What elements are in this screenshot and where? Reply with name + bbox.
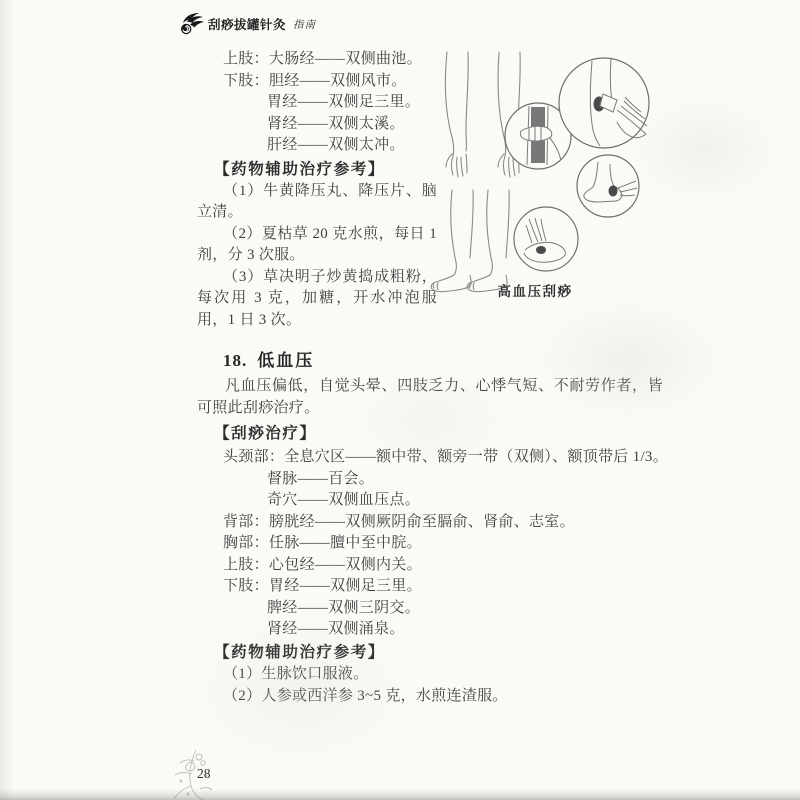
meridian-line: 下肢：胆经——双侧风市。 [223, 71, 437, 93]
section-title: 低血压 [257, 351, 314, 370]
medication-item: （1）生脉饮口服液。 [197, 664, 508, 686]
meridian-line: 胸部：任脉——膻中至中脘。 [223, 533, 668, 555]
meridian-line: 背部：膀胱经——双侧厥阴俞至膈俞、肾俞、志室。 [223, 512, 668, 534]
arms-line-art [445, 52, 520, 177]
meridian-line: 上肢：心包经——双侧内关。 [223, 555, 668, 577]
detail-circle-ankle [577, 155, 639, 217]
scraping-illustration [425, 42, 665, 306]
section-intro: 凡血压偏低，自觉头晕、四肢乏力、心悸气短、不耐劳作者，皆可照此刮痧治疗。 [197, 375, 663, 419]
book-page: 刮痧拔罐针灸 指南 上肢：大肠经——双侧曲池。 下肢：胆经——双侧风市。 胃经—… [0, 0, 800, 800]
medication-item: （2）人参或西洋参 3~5 克，水煎连渣服。 [197, 686, 508, 708]
scraping-heading: 【刮痧治疗】 [214, 423, 317, 445]
section-heading: 18.低血压 [223, 346, 314, 371]
page-header: 刮痧拔罐针灸 指南 [178, 10, 316, 38]
figure-caption: 高血压刮痧 [435, 280, 635, 300]
meridian-line: 上肢：大肠经——双侧曲池。 [223, 49, 437, 71]
medication-item: （1）牛黄降压丸、降压片、脑立清。 [197, 181, 437, 224]
legs-line-art [431, 190, 509, 292]
meridian-line: 肾经——双侧太溪。 [267, 114, 437, 136]
section-number: 18. [223, 351, 247, 370]
hypertension-scraping-list: 上肢：大肠经——双侧曲池。 下肢：胆经——双侧风市。 胃经——双侧足三里。 肾经… [197, 49, 437, 331]
hypotension-scraping-list: 头颈部：全息穴区——额中带、额旁一带（双侧）、额顶带后 1/3。 督脉——百会。… [197, 447, 668, 641]
meridian-line: 胃经——双侧足三里。 [267, 92, 437, 114]
meridian-line: 头颈部：全息穴区——额中带、额旁一带（双侧）、额顶带后 1/3。 [223, 447, 668, 469]
meridian-line: 督脉——百会。 [267, 469, 668, 491]
medication-heading: 【药物辅助治疗参考】 [214, 642, 385, 664]
hypertension-scraping-figure: 高血压刮痧 [425, 42, 665, 306]
medication-heading: 【药物辅助治疗参考】 [214, 159, 437, 181]
flame-logo-icon [178, 12, 204, 36]
meridian-line: 下肢：胃经——双侧足三里。 [223, 576, 668, 598]
meridian-line: 肝经——双侧太冲。 [267, 135, 437, 157]
meridian-line: 奇穴——双侧血压点。 [267, 490, 668, 512]
detail-circle-elbow [559, 58, 649, 148]
hypotension-medication-list: （1）生脉饮口服液。 （2）人参或西洋参 3~5 克，水煎连渣服。 [197, 664, 508, 707]
page-number: 28 [197, 766, 211, 782]
detail-circle-foot [514, 207, 578, 271]
meridian-line: 肾经——双侧涌泉。 [267, 619, 668, 641]
meridian-line: 脾经——双侧三阴交。 [267, 598, 668, 620]
book-subtitle: 指南 [293, 17, 316, 32]
book-title: 刮痧拔罐针灸 [208, 15, 286, 33]
page-bottom-edge [0, 789, 800, 800]
medication-item: （3）草决明子炒黄捣成粗粉，每次用 3 克，加糖，开水冲泡服用，1 日 3 次。 [197, 267, 437, 332]
medication-item: （2）夏枯草 20 克水煎，每日 1 剂，分 3 次服。 [197, 224, 437, 267]
